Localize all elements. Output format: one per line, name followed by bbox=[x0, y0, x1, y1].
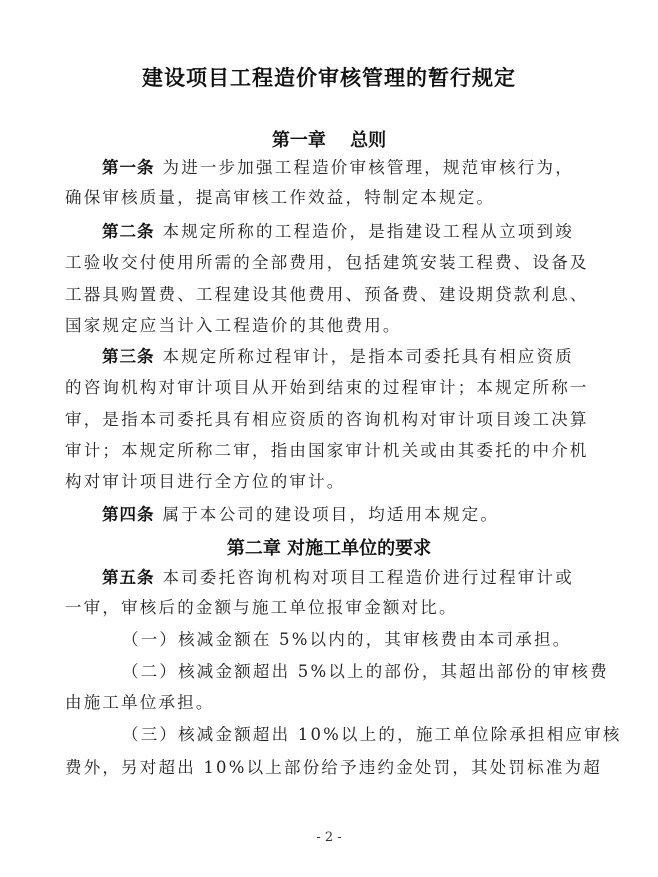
item-3-line-1: （三）核减金额超出 10%以上的，施工单位除承担相应审核 bbox=[122, 725, 622, 745]
item-1-line-1: （一）核减金额在 5%以内的，其审核费由本司承担。 bbox=[122, 630, 571, 650]
article-5-text: 本司委托咨询机构对项目工程造价进行过程审计或 bbox=[163, 568, 574, 587]
chapter-1-heading: 第一章 总则 bbox=[0, 126, 658, 152]
article-3-line-2: 的咨询机构对审计项目从开始到结束的过程审计；本规定所称一 bbox=[65, 378, 589, 398]
article-3-line-5: 构对审计项目进行全方位的审计。 bbox=[65, 472, 346, 492]
document-title: 建设项目工程造价审核管理的暂行规定 bbox=[0, 62, 658, 92]
item-3-line-2: 费外，另对超出 10%以上部份给予违约金处罚，其处罚标准为超 bbox=[65, 758, 602, 778]
article-3-line-1: 第三条本规定所称过程审计，是指本司委托具有相应资质 bbox=[102, 347, 574, 367]
page-number: - 2 - bbox=[0, 830, 658, 845]
article-2-label: 第二条 bbox=[102, 222, 155, 241]
article-5-label: 第五条 bbox=[102, 568, 155, 587]
article-3-label: 第三条 bbox=[102, 347, 155, 366]
article-4-line-1: 第四条属于本公司的建设项目，均适用本规定。 bbox=[102, 505, 499, 525]
article-1-line-1: 第一条为进一步加强工程造价审核管理，规范审核行为， bbox=[102, 158, 574, 178]
chapter-2-heading: 第二章 对施工单位的要求 bbox=[0, 534, 658, 560]
article-2-line-4: 国家规定应当计入工程造价的其他费用。 bbox=[65, 316, 402, 336]
article-2-line-3: 工器具购置费、工程建设其他费用、预备费、建设期贷款利息、 bbox=[65, 285, 589, 305]
article-5-line-1: 第五条本司委托咨询机构对项目工程造价进行过程审计或 bbox=[102, 568, 574, 588]
article-2-text: 本规定所称的工程造价，是指建设工程从立项到竣 bbox=[163, 222, 574, 241]
document-page: 建设项目工程造价审核管理的暂行规定 第一章 总则 第一条为进一步加强工程造价审核… bbox=[0, 0, 658, 877]
item-2-line-2: 由施工单位承担。 bbox=[65, 693, 215, 713]
item-2-line-1: （二）核减金额超出 5%以上的部份，其超出部份的审核费 bbox=[122, 662, 609, 682]
article-1-line-2: 确保审核质量，提高审核工作效益，特制定本规定。 bbox=[65, 188, 495, 208]
article-3-text: 本规定所称过程审计，是指本司委托具有相应资质 bbox=[163, 347, 574, 366]
article-2-line-1: 第二条本规定所称的工程造价，是指建设工程从立项到竣 bbox=[102, 222, 574, 242]
article-5-line-2: 一审，审核后的金额与施工单位报审金额对比。 bbox=[65, 598, 458, 618]
article-1-text: 为进一步加强工程造价审核管理，规范审核行为， bbox=[163, 158, 574, 177]
article-2-line-2: 工验收交付使用所需的全部费用，包括建筑安装工程费、设备及 bbox=[65, 253, 589, 273]
article-4-text: 属于本公司的建设项目，均适用本规定。 bbox=[163, 505, 500, 524]
article-3-line-3: 审，是指本司委托具有相应资质的咨询机构对审计项目竣工决算 bbox=[65, 410, 589, 430]
article-4-label: 第四条 bbox=[102, 505, 155, 524]
article-3-line-4: 审计；本规定所称二审，指由国家审计机关或由其委托的中介机 bbox=[65, 441, 589, 461]
article-1-label: 第一条 bbox=[102, 158, 155, 177]
